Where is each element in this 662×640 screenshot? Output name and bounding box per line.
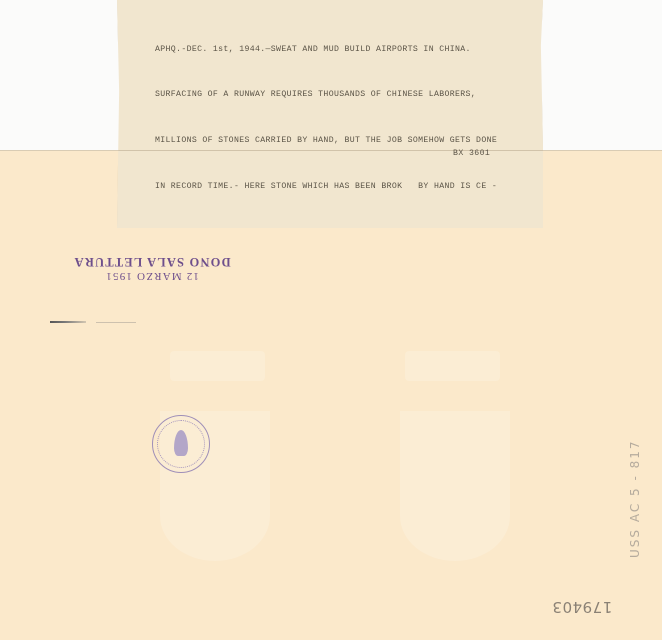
caption-slip: APHQ.-DEC. 1st, 1944.—SWEAT AND MUD BUIL… — [117, 0, 543, 228]
caption-line: IN RECORD TIME.- HERE STONE WHICH HAS BE… — [155, 179, 540, 194]
stamp-emblem-icon — [174, 430, 188, 456]
round-ink-stamp — [152, 415, 210, 473]
caption-line: APHQ.-DEC. 1st, 1944.—SWEAT AND MUD BUIL… — [155, 42, 540, 57]
library-stamp: 12 MARZO 1951 DONO SALA LETTURA — [72, 254, 232, 282]
pencil-accession-number: 179403 — [552, 598, 612, 616]
show-through-block — [405, 351, 500, 381]
pencil-mark — [96, 322, 136, 323]
caption-line: SURFACING OF A RUNWAY REQUIRES THOUSANDS… — [155, 87, 540, 102]
stamp-title: DONO SALA LETTURA — [72, 254, 232, 269]
show-through-shield — [400, 411, 510, 561]
caption-line: MILLIONS OF STONES CARRIED BY HAND, BUT … — [155, 133, 540, 148]
caption-reference-number: BX 3601 — [453, 149, 490, 158]
pencil-shelf-mark: USS AC 5 - 817 — [628, 408, 642, 558]
pencil-mark — [50, 321, 86, 323]
stamp-date: 12 MARZO 1951 — [72, 270, 232, 282]
show-through-block — [170, 351, 265, 381]
